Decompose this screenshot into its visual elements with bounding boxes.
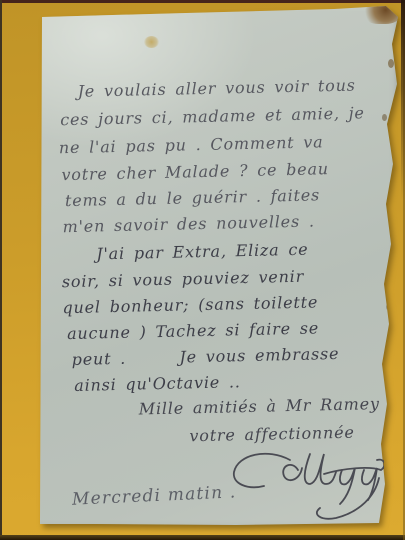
- frame-edge-top: [0, 0, 405, 3]
- letter-line: Mille amitiés à Mr Ramey: [139, 396, 380, 417]
- letter-line: aucune ) Tachez si faire se: [67, 320, 319, 342]
- frame-edge-right-shadow: [401, 0, 405, 200]
- letter-line: peut . Je vous embrasse: [71, 346, 339, 368]
- letter-photograph: Je voulais aller vous voir tous ces jour…: [0, 0, 405, 540]
- letter-line: m'en savoir des nouvelles .: [62, 213, 314, 235]
- letter-line: soir, si vous pouviez venir: [62, 269, 305, 290]
- letter-line: J'ai par Extra, Eliza ce: [96, 242, 308, 263]
- signature-flourish: [224, 444, 384, 524]
- frame-edge-left: [0, 0, 2, 540]
- letter-line: ces jours ci, madame et amie, je: [60, 105, 365, 128]
- letter-line: tems a du le guérir . faites: [65, 187, 320, 209]
- letter-line: votre affectionnée: [189, 425, 355, 445]
- letter-line: Je voulais aller vous voir tous: [77, 78, 355, 100]
- letter-line: ainsi qu'Octavie ..: [74, 374, 241, 394]
- letter-line: quel bonheur; (sans toilette: [62, 294, 318, 316]
- letter-line: ne l'ai pas pu . Comment va: [59, 134, 324, 156]
- frame-edge-bottom: [0, 535, 405, 540]
- letter-line: votre cher Malade ? ce beau: [61, 161, 329, 183]
